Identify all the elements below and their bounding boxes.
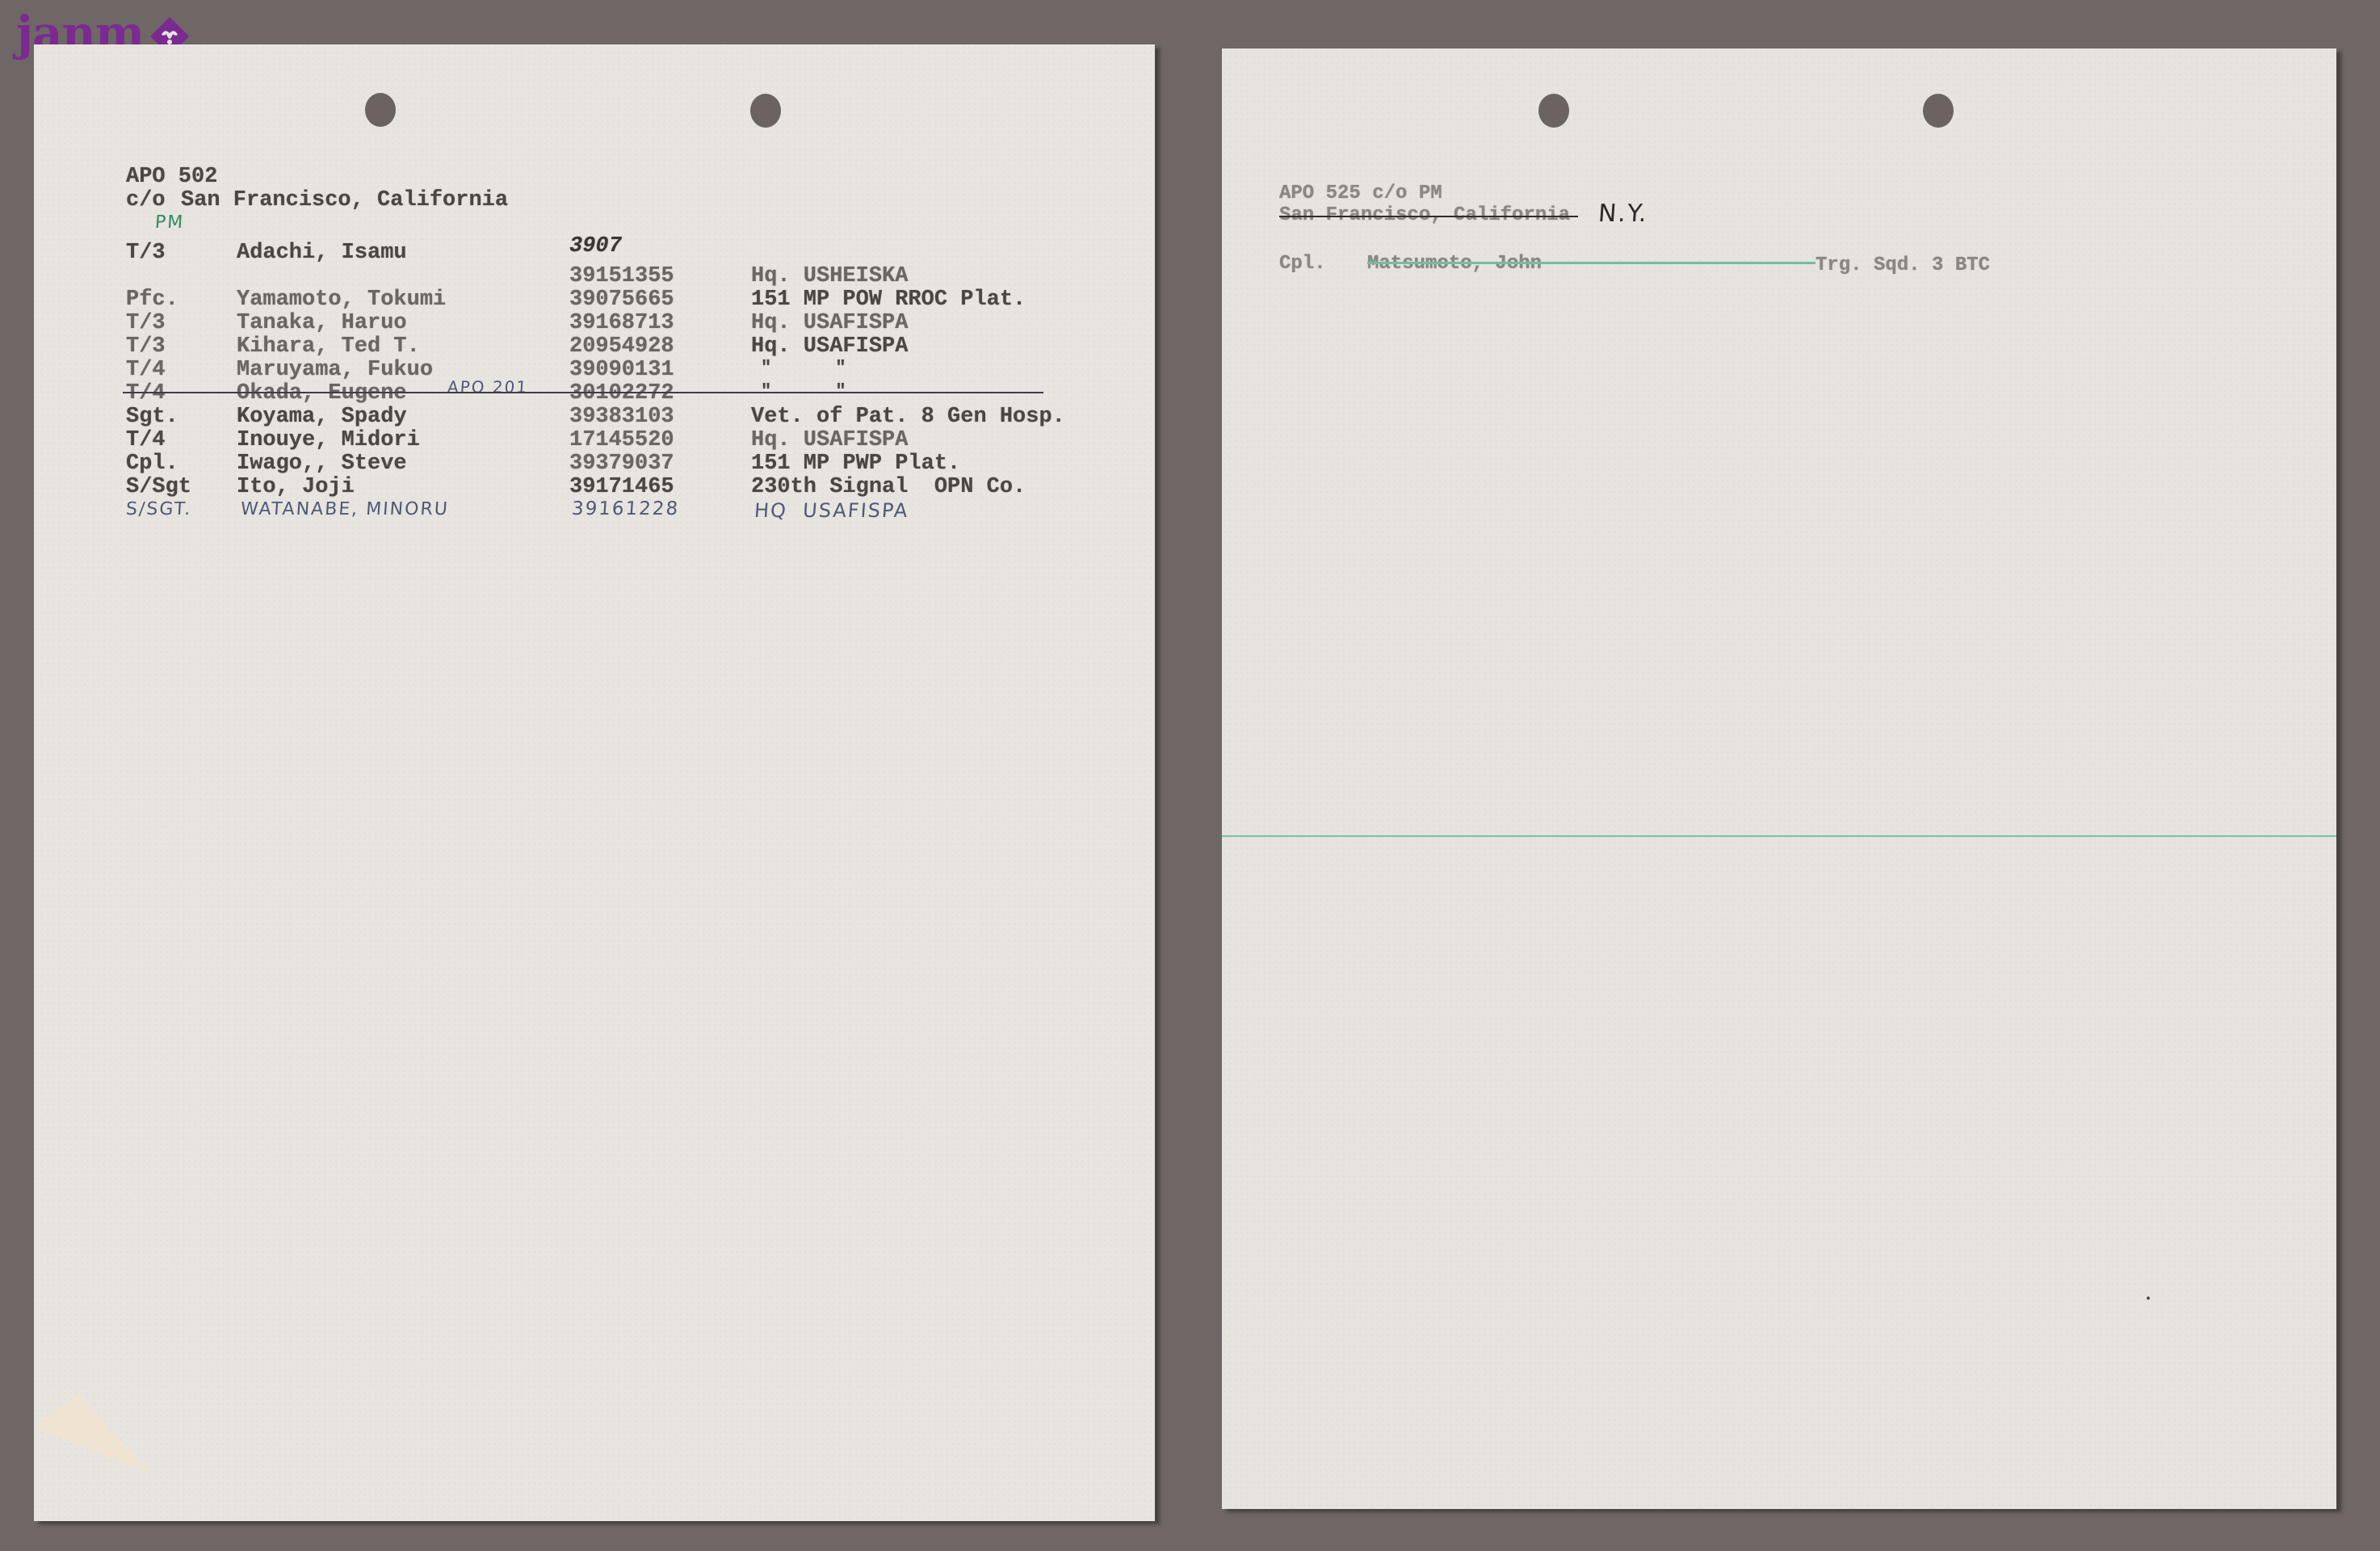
row-unit: Hq. USAFISPA [751, 335, 908, 359]
row-rank: T/4 [126, 382, 166, 406]
handwritten-ny-note: N.Y. [1597, 200, 1649, 228]
handwritten-pm-note: PM [154, 212, 185, 233]
row-serial: 39171465 [569, 476, 674, 499]
row-name: Koyama, Spady [237, 406, 407, 429]
row-name: Ito, Joji [237, 476, 355, 499]
handwritten-serial: 39161228 [571, 498, 680, 519]
row-serial: 39075665 [569, 288, 674, 312]
green-ruled-line [1222, 835, 2336, 837]
punch-hole-left [1538, 94, 1569, 128]
row-rank: T/3 [126, 242, 166, 265]
row-serial: 30102272 [569, 382, 674, 406]
handwritten-apo-annotation: APO 201 [447, 377, 529, 397]
strikethrough-line-green [1367, 262, 1815, 264]
row-rank: Cpl. [1279, 252, 1326, 275]
strikethrough-line [123, 392, 1043, 393]
header-co-prefix: c/o [126, 189, 166, 212]
row-rank: S/Sgt [126, 476, 191, 499]
row-rank: T/4 [126, 429, 166, 452]
row-serial: 39379037 [569, 452, 674, 476]
row-unit: Vet. of Pat. 8 Gen Hosp. [751, 406, 1065, 429]
row-rank: Sgt. [126, 406, 178, 429]
row-name: Maruyama, Fukuo [237, 359, 433, 382]
row-unit: Trg. Sqd. 3 BTC [1815, 254, 1990, 277]
punch-hole-right [750, 94, 781, 128]
paper-speck [2147, 1297, 2150, 1300]
row-rank: T/3 [126, 312, 166, 335]
row-serial: 39383103 [569, 406, 674, 429]
row-unit: 230th Signal OPN Co. [751, 476, 1026, 499]
row-serial: 39168713 [569, 312, 674, 335]
row-name: Inouye, Midori [237, 429, 420, 452]
punch-hole-right [1923, 94, 1954, 128]
row-name: Yamamoto, Tokumi [237, 288, 446, 312]
handwritten-unit: HQ USAFISPA [753, 499, 909, 522]
row-name: Adachi, Isamu [237, 242, 407, 265]
row-unit: 151 MP POW RROC Plat. [751, 288, 1026, 312]
row-serial: 17145520 [569, 429, 674, 452]
row-rank: T/4 [126, 359, 166, 382]
row-serial: 39090131 [569, 359, 674, 382]
row-name: Okada, Eugene [237, 382, 407, 406]
punch-hole-left [365, 93, 396, 127]
row-name: Tanaka, Haruo [237, 312, 407, 335]
handwritten-name: WATANABE, MINORU [240, 499, 450, 519]
handwritten-rank: S/SGT. [125, 499, 192, 519]
row-unit: Hq. USAFISPA [751, 312, 908, 335]
serial-overtyped: 3907 [569, 235, 622, 258]
header-city: San Francisco, California [181, 189, 508, 212]
row-rank: T/3 [126, 335, 166, 359]
strikethrough-line [1279, 216, 1578, 217]
row-unit: Hq. USHEISKA [751, 265, 908, 288]
folded-corner [34, 1393, 151, 1474]
row-rank: Pfc. [126, 288, 178, 312]
row-serial: 20954928 [569, 335, 674, 359]
header-apo: APO 502 [126, 166, 217, 189]
row-name: Iwago,, Steve [237, 452, 407, 476]
row-name: Kihara, Ted T. [237, 335, 420, 359]
row-rank: Cpl. [126, 452, 178, 476]
header-apo: APO 525 c/o PM [1279, 182, 1442, 205]
row-unit: Hq. USAFISPA [751, 429, 908, 452]
row-serial: 39151355 [569, 265, 674, 288]
document-page-right: APO 525 c/o PM San Francisco, California… [1222, 48, 2336, 1509]
row-unit-ditto: " " [761, 356, 846, 380]
document-page-left: APO 502 c/o San Francisco, California PM… [34, 44, 1155, 1521]
row-unit: 151 MP PWP Plat. [751, 452, 960, 476]
